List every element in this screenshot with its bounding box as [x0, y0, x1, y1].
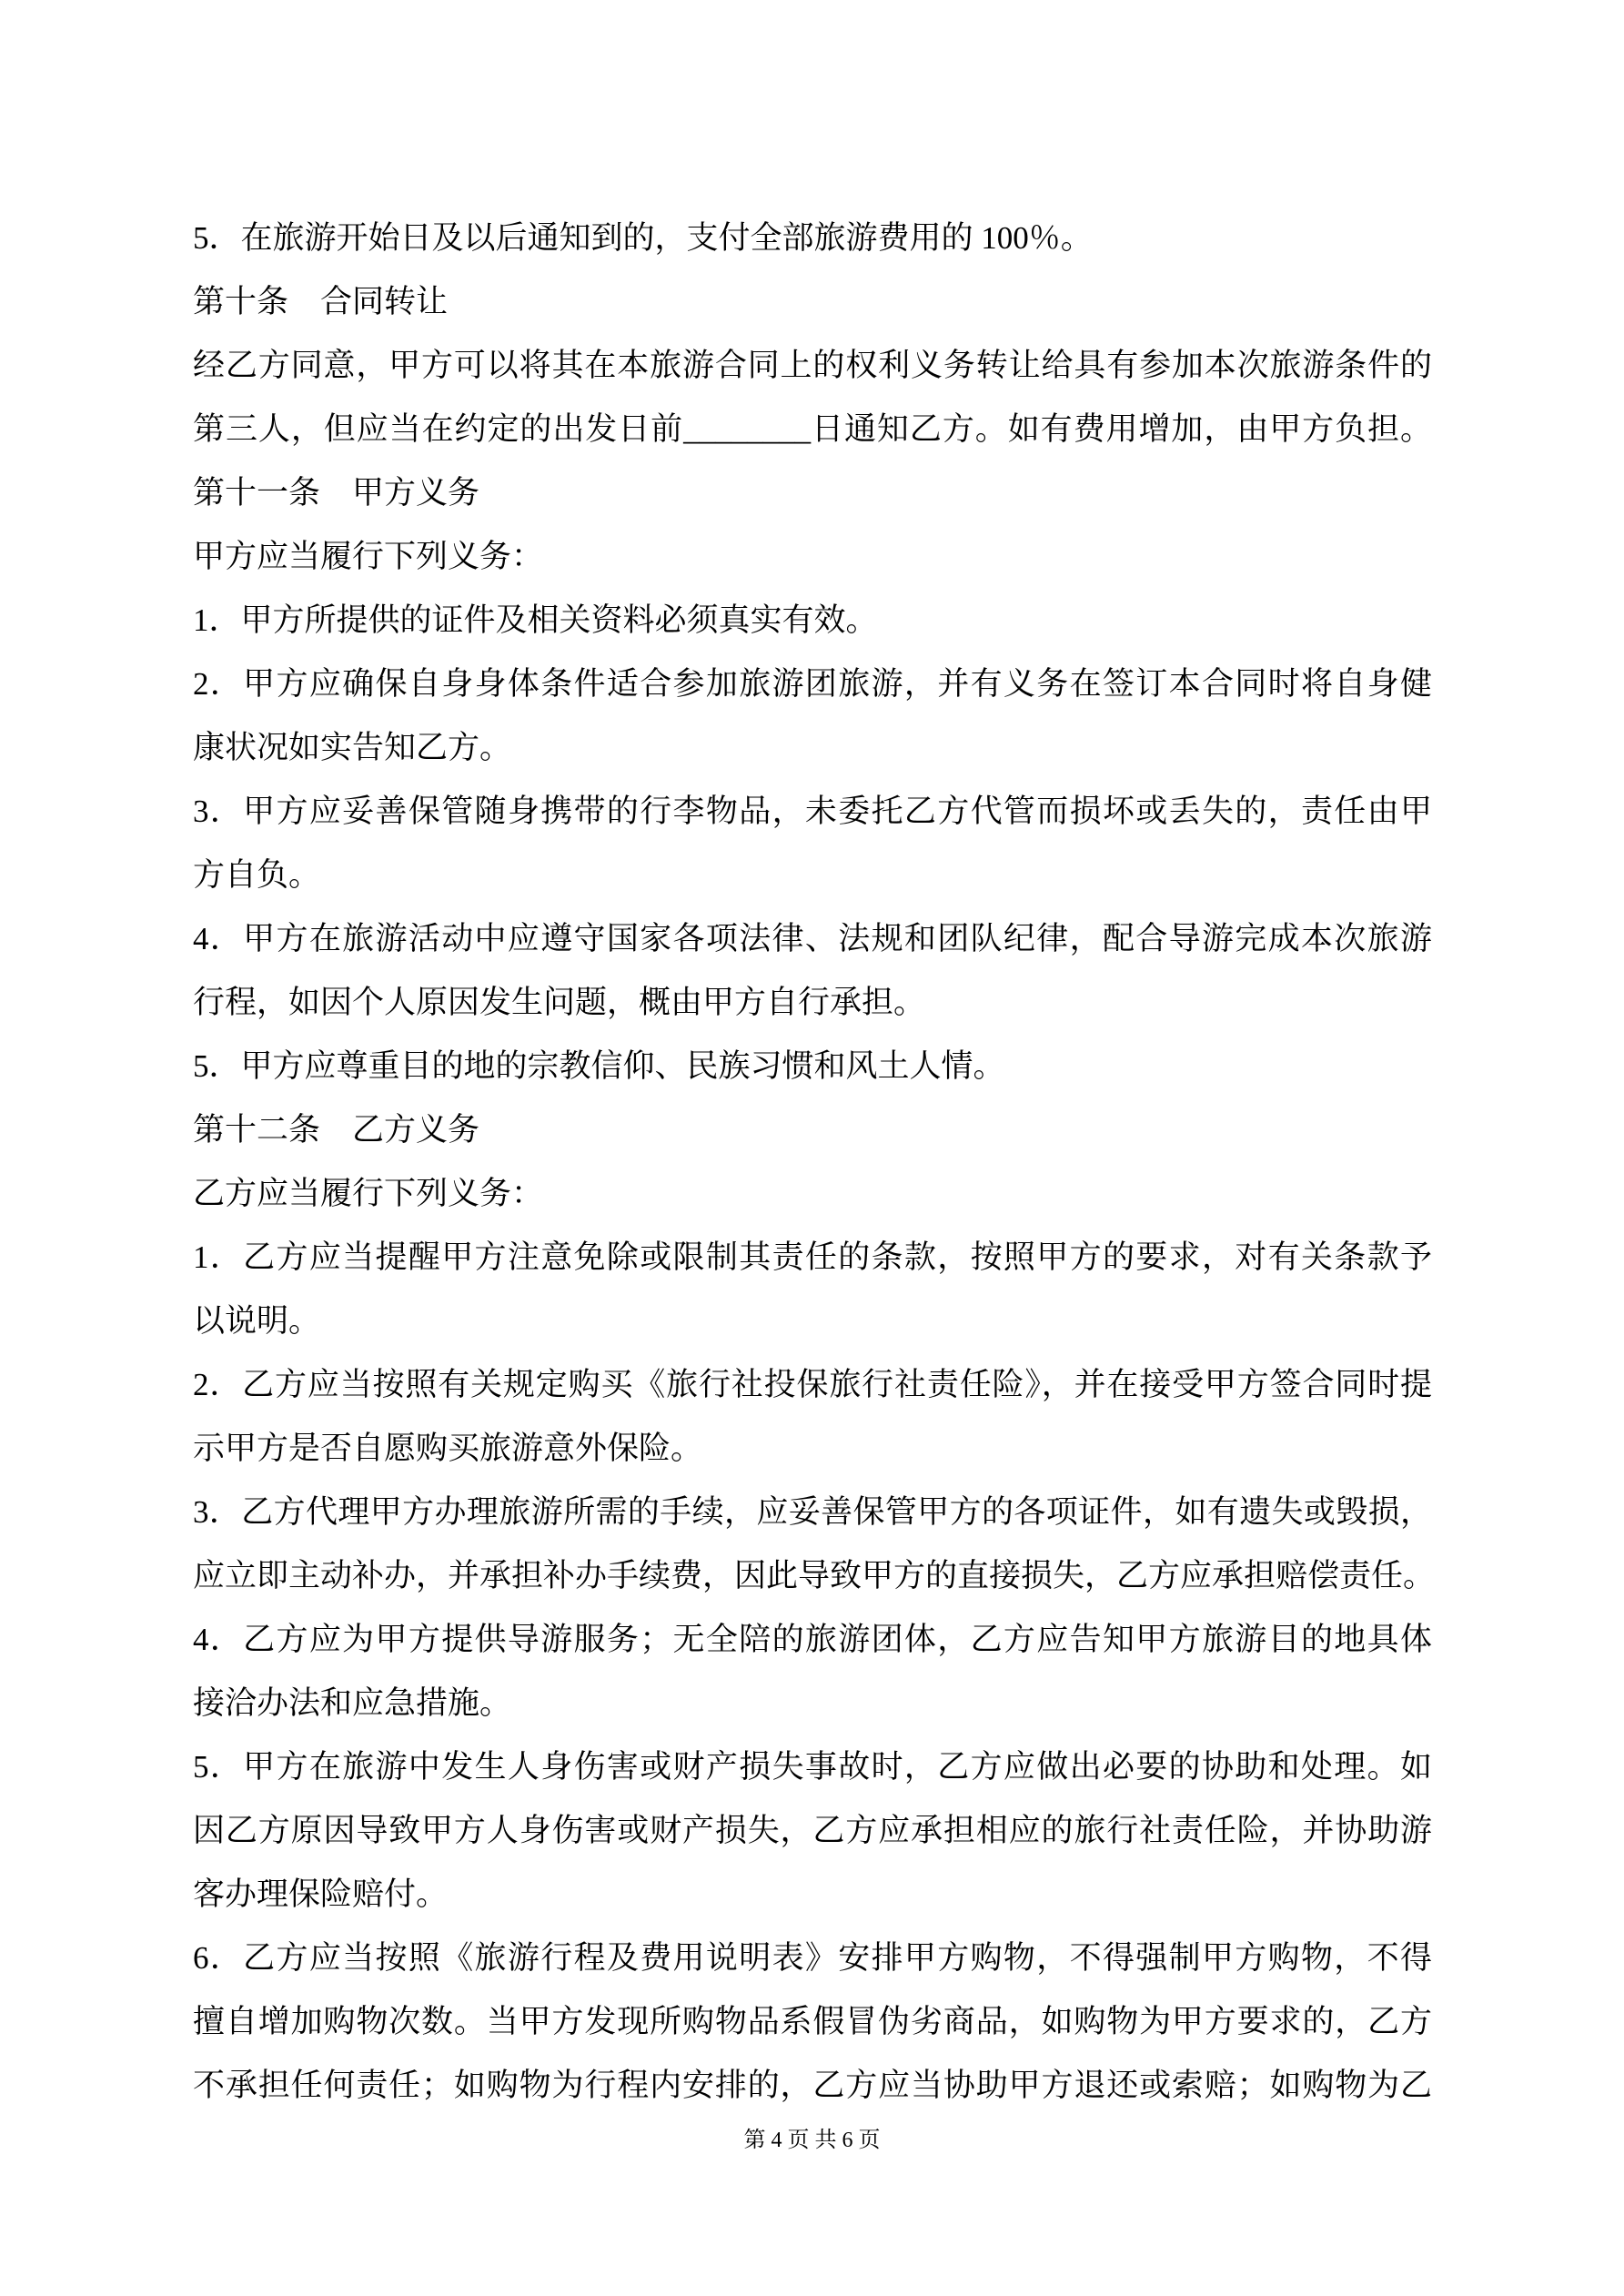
clause-line: 经乙方同意，甲方可以将其在本旅游合同上的权利义务转让给具有参加本次旅游条件的 [193, 334, 1432, 398]
clause-line: 擅自增加购物次数。当甲方发现所购物品系假冒伪劣商品，如购物为甲方要求的，乙方 [193, 1990, 1432, 2054]
clause-line: 接洽办法和应急措施。 [193, 1672, 1432, 1735]
clause-line: 4．乙方应为甲方提供导游服务；无全陪的旅游团体，乙方应告知甲方旅游目的地具体 [193, 1608, 1432, 1672]
clause-line: 以说明。 [193, 1290, 1432, 1353]
clause-line: 乙方应当履行下列义务： [193, 1162, 1432, 1226]
clause-line: 示甲方是否自愿购买旅游意外保险。 [193, 1417, 1432, 1481]
clause-line: 方自负。 [193, 844, 1432, 907]
clause-line: 行程，如因个人原因发生问题，概由甲方自行承担。 [193, 971, 1432, 1035]
document-body: 5．在旅游开始日及以后通知到的，支付全部旅游费用的 100％。 第十条 合同转让… [193, 207, 1432, 2118]
article-11-heading: 第十一条 甲方义务 [193, 461, 1432, 525]
article-12-heading: 第十二条 乙方义务 [193, 1098, 1432, 1162]
contract-page: 5．在旅游开始日及以后通知到的，支付全部旅游费用的 100％。 第十条 合同转让… [0, 0, 1624, 2296]
clause-line: 5．甲方在旅游中发生人身伤害或财产损失事故时，乙方应做出必要的协助和处理。如 [193, 1735, 1432, 1799]
clause-line: 6．乙方应当按照《旅游行程及费用说明表》安排甲方购物，不得强制甲方购物，不得 [193, 1927, 1432, 1990]
clause-line: 1．乙方应当提醒甲方注意免除或限制其责任的条款，按照甲方的要求，对有关条款予 [193, 1226, 1432, 1290]
clause-line: 甲方应当履行下列义务： [193, 525, 1432, 589]
clause-line: 不承担任何责任；如购物为行程内安排的，乙方应当协助甲方退还或索赔；如购物为乙 [193, 2054, 1432, 2118]
clause-line: 4．甲方在旅游活动中应遵守国家各项法律、法规和团队纪律，配合导游完成本次旅游 [193, 907, 1432, 971]
clause-line-blank-days: 第三人，但应当在约定的出发日前________日通知乙方。如有费用增加，由甲方负… [193, 398, 1432, 461]
clause-line: 康状况如实告知乙方。 [193, 716, 1432, 780]
clause-line: 2．乙方应当按照有关规定购买《旅行社投保旅行社责任险》，并在接受甲方签合同时提 [193, 1353, 1432, 1417]
clause-line: 1．甲方所提供的证件及相关资料必须真实有效。 [193, 589, 1432, 652]
page-number: 第 4 页 共 6 页 [0, 2124, 1624, 2157]
clause-line: 客办理保险赔付。 [193, 1863, 1432, 1927]
clause-line: 3．甲方应妥善保管随身携带的行李物品，未委托乙方代管而损坏或丢失的，责任由甲 [193, 780, 1432, 844]
clause-line: 2．甲方应确保自身身体条件适合参加旅游团旅游，并有义务在签订本合同时将自身健 [193, 652, 1432, 716]
clause-line: 5．甲方应尊重目的地的宗教信仰、民族习惯和风土人情。 [193, 1035, 1432, 1098]
clause-line: 3．乙方代理甲方办理旅游所需的手续，应妥善保管甲方的各项证件，如有遗失或毁损， [193, 1481, 1432, 1544]
clause-line: 应立即主动补办，并承担补办手续费，因此导致甲方的直接损失，乙方应承担赔偿责任。 [193, 1544, 1432, 1608]
clause-line: 5．在旅游开始日及以后通知到的，支付全部旅游费用的 100％。 [193, 207, 1432, 270]
clause-line: 因乙方原因导致甲方人身伤害或财产损失，乙方应承担相应的旅行社责任险，并协助游 [193, 1799, 1432, 1863]
article-10-heading: 第十条 合同转让 [193, 270, 1432, 334]
